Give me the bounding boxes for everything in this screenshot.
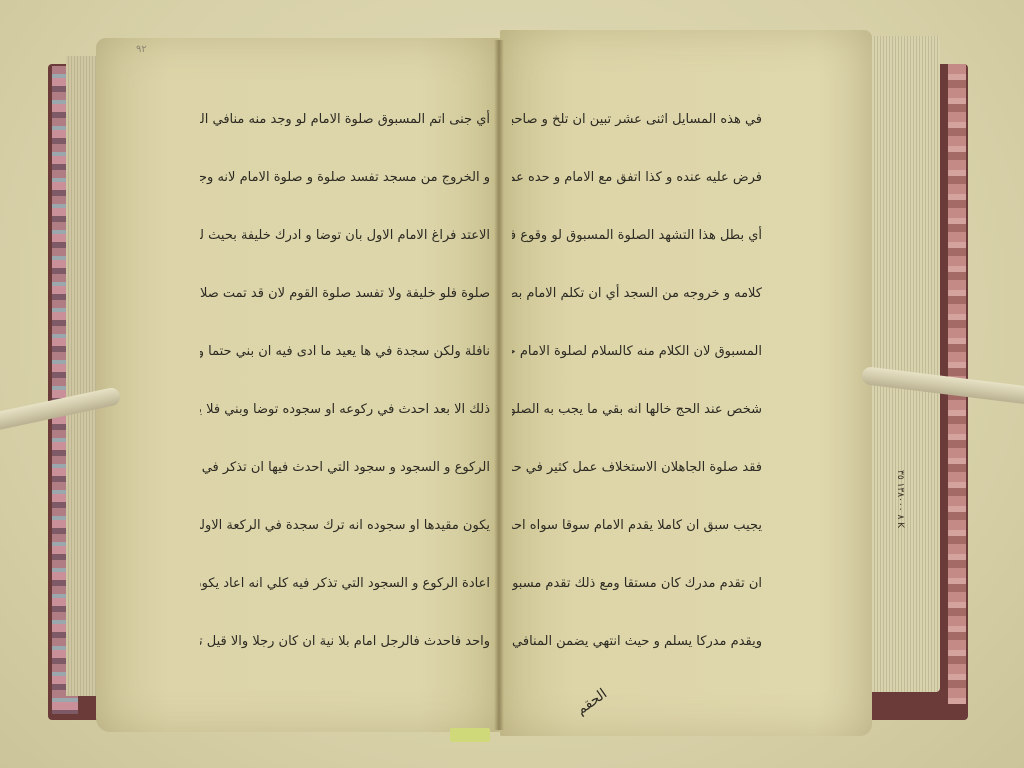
manuscript-line: في هذه المسايل اثنى عشر تبين ان تلخ و صا… xyxy=(512,100,762,158)
manuscript-line: ويقدم مدركا يسلم و حيث انتهي يضمن المناف… xyxy=(512,622,762,680)
manuscript-line: ان تقدم مدرك كان مستقا ومع ذلك تقدم مسبو… xyxy=(512,564,762,622)
manuscript-line: المسبوق لان الكلام منه كالسلام لصلوة الا… xyxy=(512,332,762,390)
manuscript-line: أي بطل هذا التشهد الصلوة المسبوق لو وقوع… xyxy=(512,216,762,274)
manuscript-line: كلامه و خروجه من السجد أي ان تكلم الامام… xyxy=(512,274,762,332)
left-page-text: أي جنى اتم المسبوق صلوة الامام لو وجد من… xyxy=(200,100,490,680)
manuscript-line: الاعتد فراغ الامام الاول بان توضا و ادرك… xyxy=(200,216,490,274)
page-block-right xyxy=(860,36,940,692)
manuscript-line: يجيب سبق ان كاملا يقدم الامام سوقا سواه … xyxy=(512,506,762,564)
folio-number: ٩٢ xyxy=(136,44,147,55)
manuscript-line: شخص عند الحج خالها انه بقي ما يجب به الص… xyxy=(512,390,762,448)
manuscript-line: و الخروج من مسجد تفسد صلوة و صلوة الامام… xyxy=(200,158,490,216)
manuscript-line: الركوع و السجود و سجود التي احدث فيها ان… xyxy=(200,448,490,506)
bookmark-tab xyxy=(450,728,490,742)
right-page-text: في هذه المسايل اثنى عشر تبين ان تلخ و صا… xyxy=(512,100,762,680)
page-edge-inscription: ٨ ١٣٨٠٠٠ ٣٥ K xyxy=(895,470,905,528)
book-gutter xyxy=(494,40,504,730)
manuscript-line: ذلك الا بعد احدث في ركوعه او سجوده توضا … xyxy=(200,390,490,448)
manuscript-line: يكون مقيدها او سجوده انه ترك سجدة في الر… xyxy=(200,506,490,564)
manuscript-line: صلوة فلو خليفة ولا تفسد صلوة القوم لان ق… xyxy=(200,274,490,332)
manuscript-line: نافلة ولكن سجدة في ها يعيد ما ادى فيه ان… xyxy=(200,332,490,390)
manuscript-line: أي جنى اتم المسبوق صلوة الامام لو وجد من… xyxy=(200,100,490,158)
manuscript-line: اعادة الركوع و السجود التي تذكر فيه كلي … xyxy=(200,564,490,622)
manuscript-line: واحد فاحدث فالرجل امام بلا نية ان كان رج… xyxy=(200,622,490,680)
manuscript-line: فقد صلوة الجاهلان الاستخلاف عمل كثير في … xyxy=(512,448,762,506)
manuscript-line: فرض عليه عنده و كذا اتفق مع الامام و حده… xyxy=(512,158,762,216)
